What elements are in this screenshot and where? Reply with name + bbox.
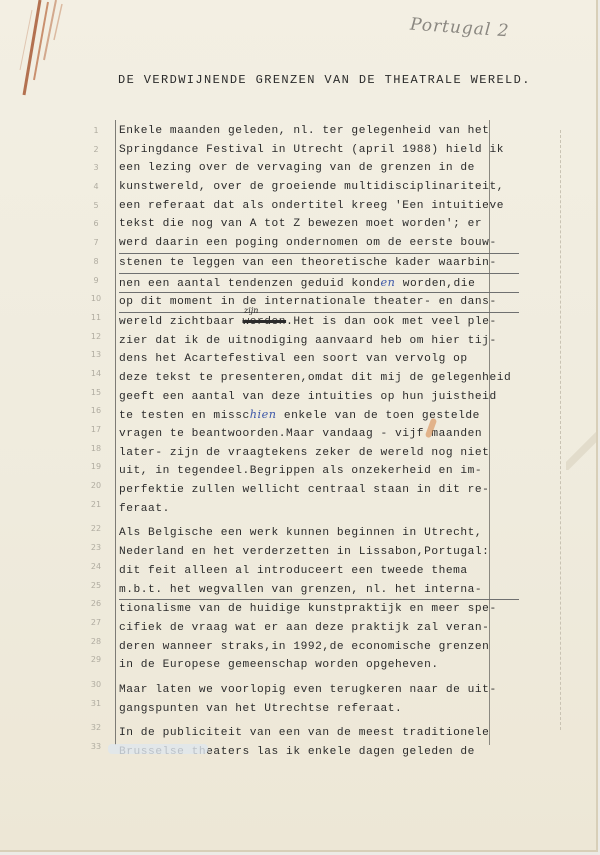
text-line: een referaat dat als ondertitel kreeg 'E… xyxy=(119,197,519,216)
text-fragment: nen een aantal tendenzen geduid kond xyxy=(119,278,381,290)
text-fragment: enkele van de toen gestelde xyxy=(277,410,480,422)
line-number: 23 xyxy=(86,539,106,558)
text-line: In de publiciteit van een van de meest t… xyxy=(119,724,519,743)
paragraph-3: Maar laten we voorlopig even terugkeren … xyxy=(119,681,519,718)
line-number: 18 xyxy=(86,440,106,459)
line-number: 28 xyxy=(86,633,106,652)
text-line: Enkele maanden geleden, nl. ter gelegenh… xyxy=(119,122,519,141)
text-line: feraat. xyxy=(119,500,519,519)
handwritten-insertion-above: zijn xyxy=(244,306,258,315)
text-line: deren wanneer straks,in 1992,de economis… xyxy=(119,638,519,657)
line-number: 12 xyxy=(86,328,106,347)
blue-smudge xyxy=(108,744,208,754)
line-number: 1 xyxy=(86,122,106,141)
text-line: vragen te beantwoorden.Maar vandaag - vi… xyxy=(119,425,519,444)
line-number: 17 xyxy=(86,421,106,440)
paragraph-2: Als Belgische een werk kunnen beginnen i… xyxy=(119,524,519,675)
line-number: 16 xyxy=(86,402,106,421)
text-line-underlined: op dit moment in de internationale theat… xyxy=(119,293,519,313)
text-line: Maar laten we voorlopig even terugkeren … xyxy=(119,681,519,700)
text-line: Springdance Festival in Utrecht (april 1… xyxy=(119,141,519,160)
paragraph-4: In de publiciteit van een van de meest t… xyxy=(119,724,519,761)
text-line: tekst die nog van A tot Z bewezen moet w… xyxy=(119,215,519,234)
text-fragment: .Het is dan ook met veel ple- xyxy=(286,316,497,328)
line-number: 29 xyxy=(86,651,106,670)
text-line: uit, in tegendeel.Begrippen als onzekerh… xyxy=(119,462,519,481)
line-number: 22 xyxy=(86,520,106,539)
line-number: 32 xyxy=(86,719,106,738)
line-number: 2 xyxy=(86,141,106,160)
line-number: 7 xyxy=(86,234,106,253)
left-margin-rule xyxy=(115,120,116,745)
text-line: wereld zichtbaar worden.Het is dan ook m… xyxy=(119,313,519,332)
text-line: in de Europese gemeenschap worden opgehe… xyxy=(119,656,519,675)
line-number: 25 xyxy=(86,577,106,596)
text-fragment: wereld zichtbaar xyxy=(119,316,235,328)
line-number: 20 xyxy=(86,477,106,496)
paragraph-1: Enkele maanden geleden, nl. ter gelegenh… xyxy=(119,122,519,518)
text-line: Nederland en het verderzetten in Lissabo… xyxy=(119,543,519,562)
line-number: 10 xyxy=(86,290,106,309)
dashed-margin-guide xyxy=(560,130,561,730)
line-number: 3 xyxy=(86,159,106,178)
line-number: 5 xyxy=(86,197,106,216)
text-fragment: te testen en missc xyxy=(119,410,250,422)
text-line: dens het Acartefestival een soort van ve… xyxy=(119,350,519,369)
text-line: Als Belgische een werk kunnen beginnen i… xyxy=(119,524,519,543)
text-line: te testen en misschien enkele van de toe… xyxy=(119,406,519,425)
text-line-underlined: werd daarin een poging ondernomen om de … xyxy=(119,234,519,254)
document-page: Portugal 2 DE VERDWIJNENDE GRENZEN VAN D… xyxy=(0,0,598,852)
line-number: 4 xyxy=(86,178,106,197)
text-line: kunstwereld, over de groeiende multidisc… xyxy=(119,178,519,197)
text-line: later- zijn de vraagtekens zeker de were… xyxy=(119,444,519,463)
line-number: 19 xyxy=(86,458,106,477)
line-number: 30 xyxy=(86,676,106,695)
text-line: tionalisme van de huidige kunstpraktijk … xyxy=(119,600,519,619)
typed-body-text: Enkele maanden geleden, nl. ter gelegenh… xyxy=(119,122,519,762)
line-number: 33 xyxy=(86,738,106,757)
torn-edge xyxy=(566,430,596,470)
line-number: 26 xyxy=(86,595,106,614)
line-number-column: 1 2 3 4 5 6 7 8 9 10 11 12 13 14 15 16 1… xyxy=(86,122,106,757)
text-line: dit feit alleen al introduceert een twee… xyxy=(119,562,519,581)
line-number: 11 xyxy=(86,309,106,328)
document-title: DE VERDWIJNENDE GRENZEN VAN DE THEATRALE… xyxy=(118,73,531,87)
text-line: deze tekst te presenteren,omdat dit mij … xyxy=(119,369,519,388)
handwritten-page-label: Portugal 2 xyxy=(409,15,510,42)
line-number: 14 xyxy=(86,365,106,384)
line-number: 9 xyxy=(86,272,106,291)
text-line: cifiek de vraag wat er aan deze praktijk… xyxy=(119,619,519,638)
text-line: zier dat ik de uitnodiging aanvaard heb … xyxy=(119,332,519,351)
text-line-underlined: stenen te leggen van een theoretische ka… xyxy=(119,254,519,274)
line-number: 31 xyxy=(86,695,106,714)
text-line-underlined: m.b.t. het wegvallen van grenzen, nl. he… xyxy=(119,581,519,601)
text-fragment: worden,die xyxy=(395,278,475,290)
line-number: 24 xyxy=(86,558,106,577)
text-line: perfektie zullen wellicht centraal staan… xyxy=(119,481,519,500)
handwritten-correction: hien xyxy=(250,408,277,421)
line-number: 6 xyxy=(86,215,106,234)
line-number: 13 xyxy=(86,346,106,365)
text-line-underlined: nen een aantal tendenzen geduid konden w… xyxy=(119,274,519,294)
text-line: geeft een aantal van deze intuities op h… xyxy=(119,388,519,407)
line-number: 15 xyxy=(86,384,106,403)
text-line: een lezing over de vervaging van de gren… xyxy=(119,159,519,178)
struck-word: worden xyxy=(242,316,286,328)
rust-stain-marks xyxy=(10,0,70,100)
line-number: 8 xyxy=(86,253,106,272)
text-line: gangspunten van het Utrechtse referaat. xyxy=(119,700,519,719)
line-number: 27 xyxy=(86,614,106,633)
line-number: 21 xyxy=(86,496,106,515)
handwritten-correction: en xyxy=(381,276,396,289)
